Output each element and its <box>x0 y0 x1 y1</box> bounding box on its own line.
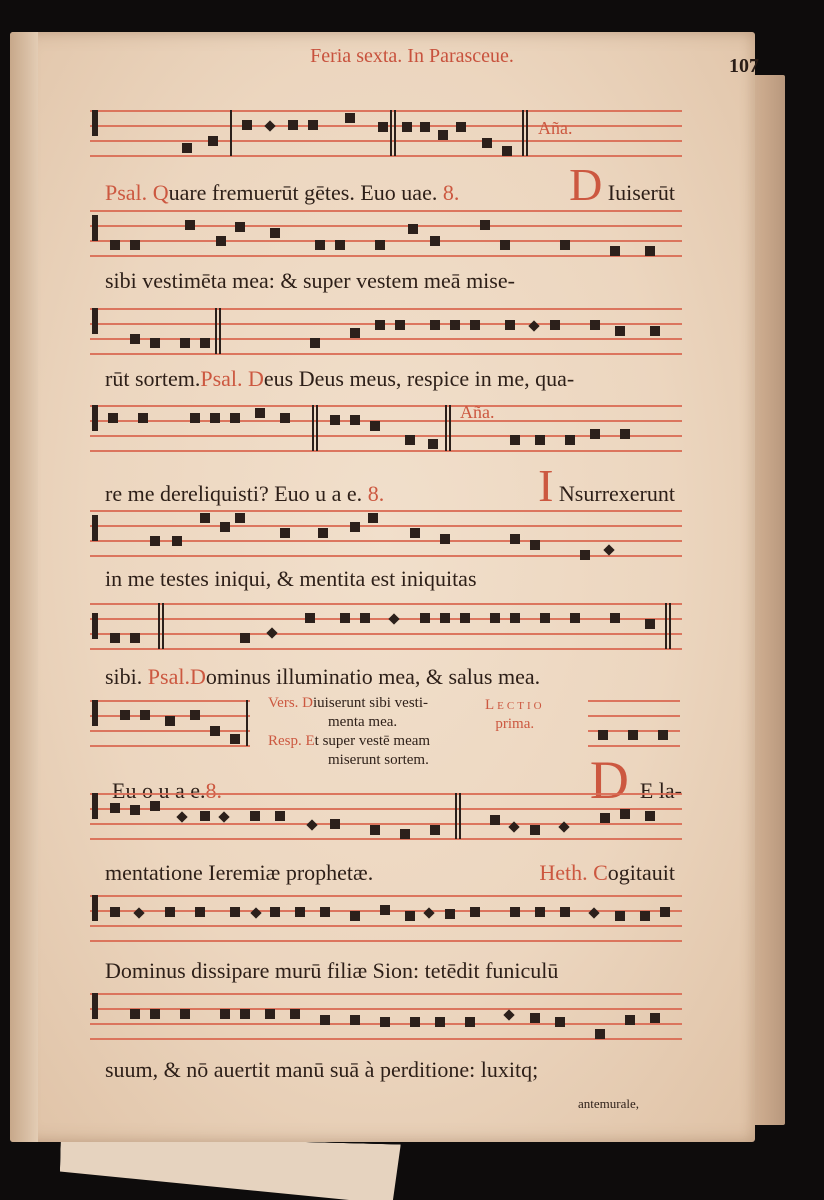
music-staff-9 <box>90 895 682 941</box>
music-staff-7-short <box>90 700 250 746</box>
text-line-9: Dominus dissipare murū filiæ Sion: tetēd… <box>105 958 675 984</box>
folio-number: 107 <box>729 55 759 78</box>
text-line-6: sibi. Psal.Dominus illuminatio mea, & sa… <box>105 664 675 690</box>
page-header-rubric: Feria sexta. In Parasceue. <box>0 45 824 68</box>
music-staff-6 <box>90 603 682 649</box>
c-clef-icon <box>92 110 98 136</box>
music-staff-2 <box>90 210 682 256</box>
lectio-label: Lectio prima. <box>485 696 545 734</box>
text-line-1: Psal. Quare fremuerūt gētes. Euo uae. 8.… <box>105 165 675 206</box>
torn-paper-flap <box>59 1136 400 1200</box>
antiphon-label: Aña. <box>460 402 495 423</box>
catchword: antemurale, <box>578 1096 639 1112</box>
music-staff-10 <box>90 993 682 1039</box>
page-gutter <box>10 32 38 1142</box>
text-line-5: in me testes iniqui, & mentita est iniqu… <box>105 566 675 592</box>
text-line-3: rūt sortem.Psal. Deus Deus meus, respice… <box>105 366 675 392</box>
music-staff-3 <box>90 308 682 354</box>
music-staff-5 <box>90 510 682 556</box>
text-line-2: sibi vestimēta mea: & super vestem meā m… <box>105 268 675 294</box>
antiphon-label: Aña. <box>538 118 573 139</box>
text-line-4: re me dereliquisti? Euo u a e. 8. I Nsur… <box>105 466 675 507</box>
music-staff-7-right <box>588 700 680 746</box>
music-staff-1 <box>90 110 682 156</box>
music-staff-8 <box>90 793 682 839</box>
text-line-10: suum, & nō auertit manū suā à perditione… <box>105 1057 675 1083</box>
drop-initial: I <box>538 460 553 511</box>
text-line-8: mentatione Ieremiæ prophetæ. Heth. Cogit… <box>105 860 675 886</box>
music-staff-4 <box>90 405 682 451</box>
versicle-response-block: Vers. Diuiserunt sibi vesti- menta mea. … <box>268 694 430 770</box>
drop-initial: D <box>569 159 602 210</box>
